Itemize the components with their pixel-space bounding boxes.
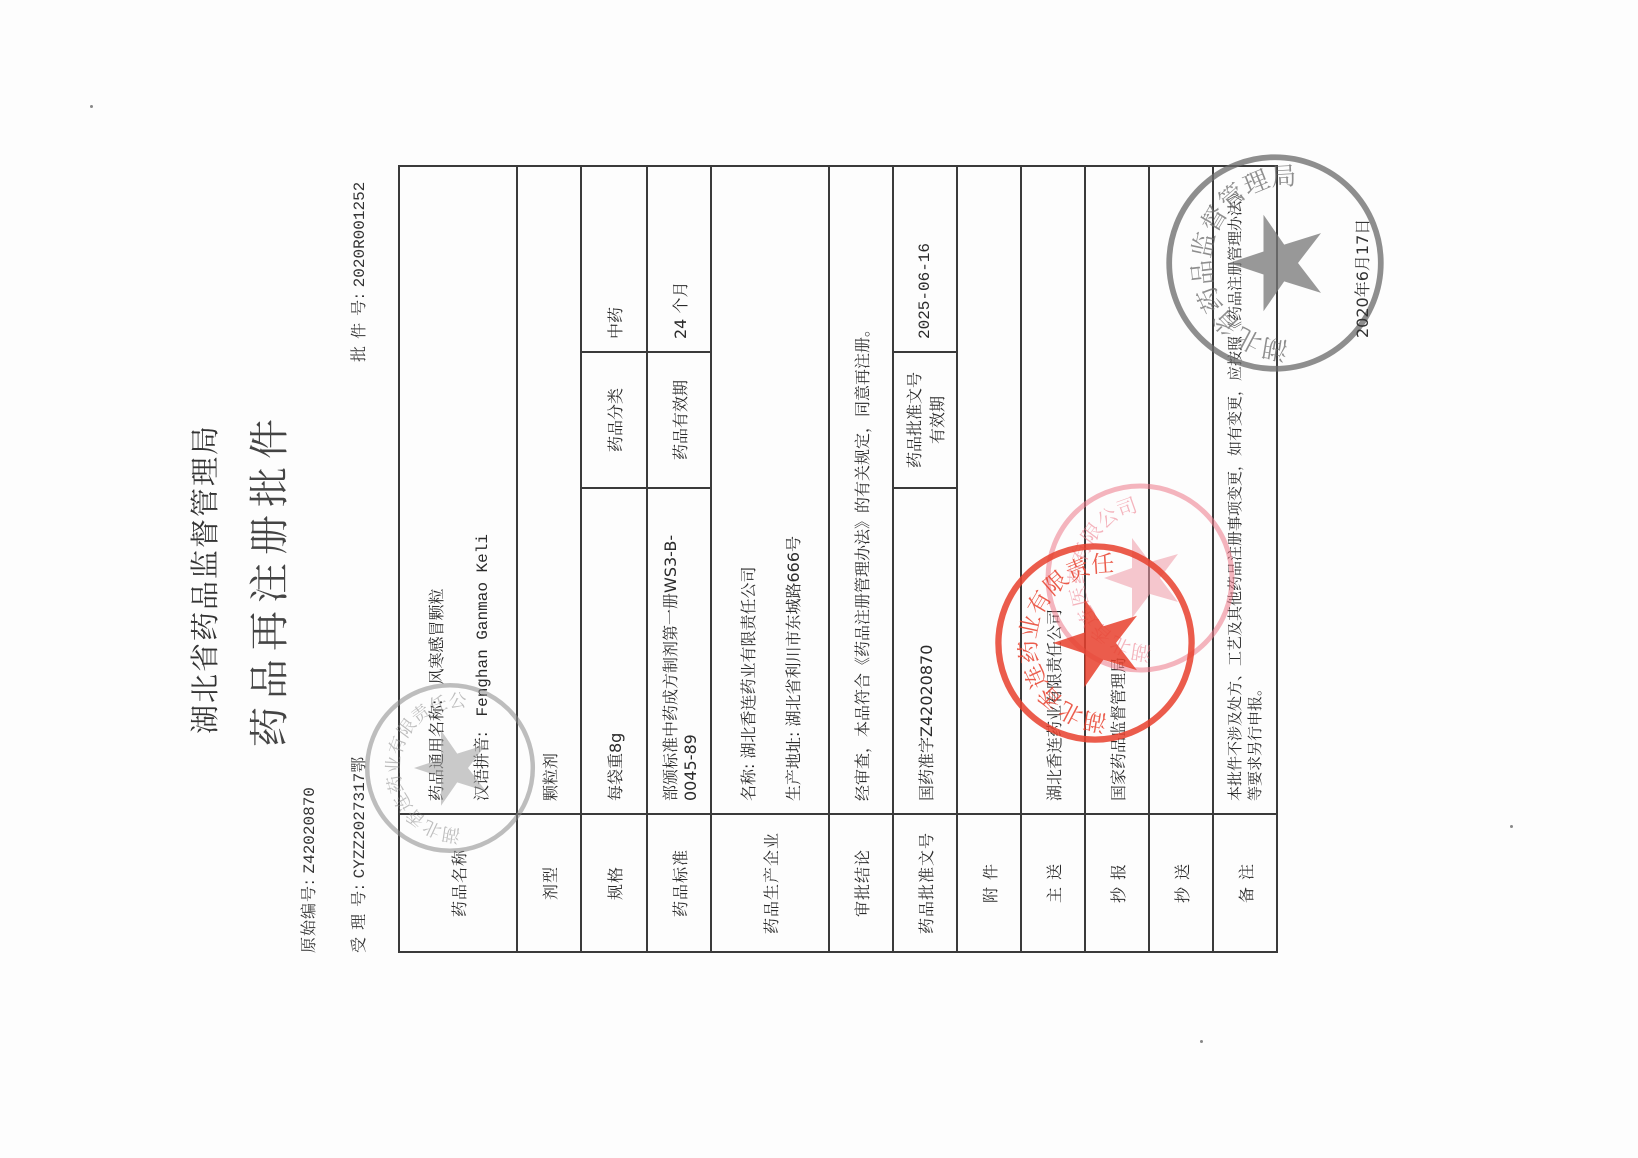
report-to-value: 国家药品监督管理局 [1085, 166, 1149, 814]
manufacturer-address-label: 生产地址: [784, 732, 803, 801]
dosage-form-value: 颗粒剂 [517, 166, 581, 814]
issue-date: 2020年6月17日 [1350, 219, 1373, 338]
issuing-agency: 湖北省药品监督管理局 [183, 0, 224, 1158]
row-drug-name: 药品名称 药品通用名称: 风寒感冒颗粒 汉语拼音: Fenghan Ganmao… [399, 166, 517, 952]
manufacturer-address: 湖北省利川市东城路666号 [784, 536, 803, 727]
document-title: 药品再注册批件 [238, 0, 295, 1158]
approval-doc-expiry: 2025-06-16 [893, 166, 957, 352]
row-conclusion: 审批结论 经审查，本品符合《药品注册管理办法》的有关规定，同意再注册。 [829, 166, 893, 952]
row-dosage-form: 剂型 颗粒剂 [517, 166, 581, 952]
row-specification: 规格 每袋重8g 药品分类 中药 [581, 166, 647, 952]
validity-label: 药品有效期 [647, 352, 711, 488]
acceptance-number-label: 受 理 号: [349, 883, 368, 953]
dosage-form-label: 剂型 [517, 814, 581, 952]
original-number: 原始编号: Z42020870 [296, 787, 319, 953]
generic-name: 风寒感冒颗粒 [427, 588, 446, 684]
remarks-label: 备 注 [1213, 814, 1277, 952]
approval-number: 批 件 号: 2020R001252 [346, 182, 369, 362]
standard-label: 药品标准 [647, 814, 711, 952]
original-number-label: 原始编号: [299, 879, 318, 953]
specification-value: 每袋重8g [581, 488, 647, 814]
conclusion-value: 经审查，本品符合《药品注册管理办法》的有关规定，同意再注册。 [829, 166, 893, 814]
row-attachment: 附 件 [957, 166, 1021, 952]
row-standard: 药品标准 部颁标准中药成方制剂第一册WS3-B-0045-89 药品有效期 24… [647, 166, 711, 952]
cc-label: 抄 送 [1149, 814, 1213, 952]
approval-number-label: 批 件 号: [349, 292, 368, 362]
approval-doc-label: 药品批准文号 [893, 814, 957, 952]
manufacturer-label: 药品生产企业 [711, 814, 829, 952]
approval-doc-expiry-label: 药品批准文号有效期 [893, 352, 957, 488]
validity-value: 24 个月 [647, 166, 711, 352]
cc-value [1149, 166, 1213, 814]
row-report-to: 抄 报 国家药品监督管理局 [1085, 166, 1149, 952]
drug-name-label: 药品名称 [399, 814, 517, 952]
manufacturer-value: 名称: 湖北香连药业有限责任公司 生产地址: 湖北省利川市东城路666号 [711, 166, 829, 814]
scan-speck [1200, 1040, 1203, 1043]
approval-document-page: 湖北省药品监督管理局 药品再注册批件 原始编号: Z42020870 受 理 号… [0, 0, 1638, 1158]
registration-form-table: 药品名称 药品通用名称: 风寒感冒颗粒 汉语拼音: Fenghan Ganmao… [398, 165, 1278, 953]
row-main-recipient: 主 送 湖北香连药业有限责任公司 [1021, 166, 1085, 952]
drug-name-value: 药品通用名称: 风寒感冒颗粒 汉语拼音: Fenghan Ganmao Keli [399, 166, 517, 814]
conclusion-label: 审批结论 [829, 814, 893, 952]
category-value: 中药 [581, 166, 647, 352]
row-approval-doc: 药品批准文号 国药准字Z42020870 药品批准文号有效期 2025-06-1… [893, 166, 957, 952]
remarks-value: 本批件不涉及处方、工艺及其他药品注册事项变更，如有变更，应按照《药品注册管理办法… [1213, 166, 1277, 814]
manufacturer-name-label: 名称: [739, 764, 758, 801]
manufacturer-name: 湖北香连药业有限责任公司 [739, 566, 758, 758]
acceptance-number-value: CYZZ2027317鄂 [351, 757, 369, 879]
specification-label: 规格 [581, 814, 647, 952]
row-cc: 抄 送 [1149, 166, 1213, 952]
attachment-label: 附 件 [957, 814, 1021, 952]
original-number-value: Z42020870 [301, 787, 319, 873]
main-recipient-label: 主 送 [1021, 814, 1085, 952]
generic-name-label: 药品通用名称: [427, 700, 446, 801]
acceptance-number: 受 理 号: CYZZ2027317鄂 [346, 757, 369, 953]
scan-speck [1510, 825, 1513, 828]
approval-doc-value: 国药准字Z42020870 [893, 488, 957, 814]
row-manufacturer: 药品生产企业 名称: 湖北香连药业有限责任公司 生产地址: 湖北省利川市东城路6… [711, 166, 829, 952]
approval-number-value: 2020R001252 [351, 182, 369, 288]
pinyin-label: 汉语拼音: [472, 732, 491, 801]
attachment-value [957, 166, 1021, 814]
category-label: 药品分类 [581, 352, 647, 488]
main-recipient-value: 湖北香连药业有限责任公司 [1021, 166, 1085, 814]
pinyin-name: Fenghan Ganmao Keli [474, 534, 492, 716]
row-remarks: 备 注 本批件不涉及处方、工艺及其他药品注册事项变更，如有变更，应按照《药品注册… [1213, 166, 1277, 952]
standard-value: 部颁标准中药成方制剂第一册WS3-B-0045-89 [647, 488, 711, 814]
scan-speck [90, 105, 93, 108]
report-to-label: 抄 报 [1085, 814, 1149, 952]
